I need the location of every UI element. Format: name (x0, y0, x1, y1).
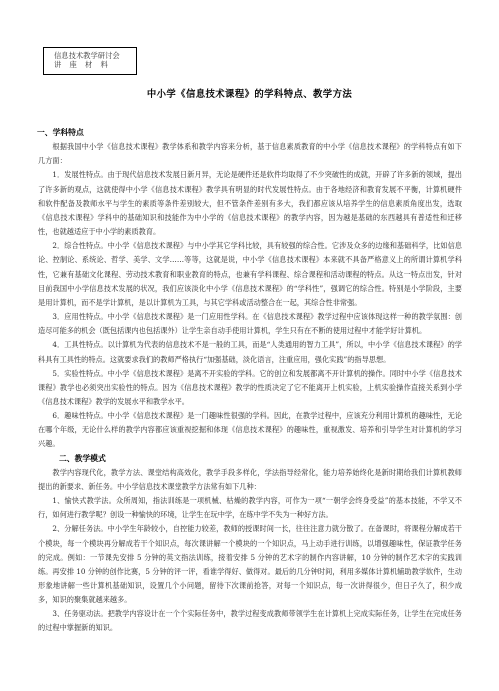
document-title: 中小学《信息技术课程》的学科特点、教学方法 (0, 86, 499, 100)
label-line-2: 讲座材料 (54, 60, 136, 69)
paragraph: 3．应用性特点。中小学《信息技术课程》是一门应用性学科。在《信息技术课程》教学过… (38, 310, 462, 338)
paragraph: 2、分解任务法。中小学生年龄较小，自控能力较差，教师的授课时间一长，往往注意力就… (38, 522, 462, 607)
paragraph: 5．实验性特点。中小学《信息技术课程》是离不开实验的学科。它的创立和发展都离不开… (38, 367, 462, 409)
paragraph: 教学内容现代化，教学方法、课堂结构高效化，教学手段多样化，学法指导经常化，能力培… (38, 466, 462, 494)
section-heading-teaching-modes: 二、教学模式 (38, 452, 462, 466)
document-body: 一、学科特点 根据我国中小学《信息技术课程》教学体系和教学内容来分析，基于信息素… (38, 126, 462, 636)
paragraph: 1．发展性特点。由于现代信息技术发展日新月异，无论是硬件还是软件均取得了不少突破… (38, 168, 462, 239)
lecture-material-label-box: 信息技术教学研讨会 讲座材料 (43, 47, 137, 75)
paragraph: 根据我国中小学《信息技术课程》教学体系和教学内容来分析，基于信息素质教育的中小学… (38, 140, 462, 168)
label-line-1: 信息技术教学研讨会 (54, 51, 136, 60)
paragraph: 6．趣味性特点。中小学《信息技术课程》是一门趣味性很强的学科。因此，在教学过程中… (38, 409, 462, 451)
paragraph: 2．综合性特点。中小学《信息技术课程》与中小学其它学科比较，具有较强的综合性。它… (38, 239, 462, 310)
paragraph: 4．工具性特点。以计算机为代表的信息技术不是一般的工具，而是“人类通用的智力工具… (38, 338, 462, 366)
paragraph: 3、任务驱动法。把教学内容设计在一个个实际任务中，教学过程变成教师带领学生在计算… (38, 607, 462, 635)
paragraph: 1、愉快式教学法。众所周知，指法训练是一项机械、枯燥的教学内容，可作为一项“一朝… (38, 494, 462, 522)
section-heading-subject-features: 一、学科特点 (37, 126, 462, 140)
